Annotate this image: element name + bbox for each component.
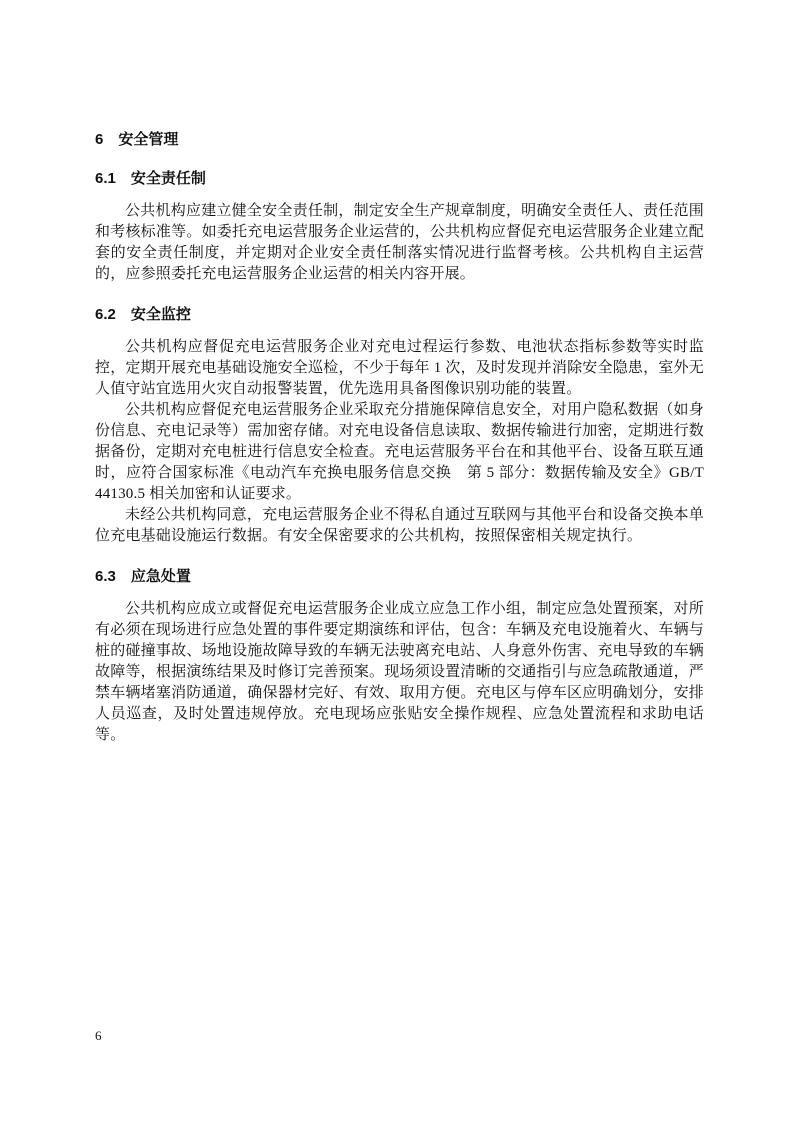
chapter-heading: 6安全管理 <box>95 131 704 149</box>
paragraph-6-3-1: 公共机构应成立或督促充电运营服务企业成立应急工作小组，制定应急处置预案，对所有必… <box>95 599 704 746</box>
paragraph-6-1-1: 公共机构应建立健全安全责任制，制定安全生产规章制度，明确安全责任人、责任范围和考… <box>95 201 704 285</box>
document-content: 6安全管理 6.1安全责任制 公共机构应建立健全安全责任制，制定安全生产规章制度… <box>95 131 704 746</box>
paragraph-6-2-2: 公共机构应督促充电运营服务企业采取充分措施保障信息安全，对用户隐私数据（如身份信… <box>95 400 704 505</box>
section-number-6-3: 6.3 <box>95 568 116 586</box>
section-heading-6-2: 6.2安全监控 <box>95 306 704 324</box>
paragraph-6-2-3: 未经公共机构同意，充电运营服务企业不得私自通过互联网与其他平台和设备交换本单位充… <box>95 505 704 547</box>
section-number-6-2: 6.2 <box>95 306 116 324</box>
section-number-6-1: 6.1 <box>95 170 116 188</box>
page-number: 6 <box>95 1028 102 1044</box>
section-heading-6-3: 6.3应急处置 <box>95 568 704 586</box>
section-title-6-2: 安全监控 <box>131 306 191 323</box>
section-title-6-3: 应急处置 <box>131 568 191 585</box>
paragraph-6-2-1: 公共机构应督促充电运营服务企业对充电过程运行参数、电池状态指标参数等实时监控，定… <box>95 337 704 400</box>
chapter-number: 6 <box>95 131 103 149</box>
section-heading-6-1: 6.1安全责任制 <box>95 170 704 188</box>
chapter-title: 安全管理 <box>118 131 178 148</box>
document-page: 6安全管理 6.1安全责任制 公共机构应建立健全安全责任制，制定安全生产规章制度… <box>0 0 793 1122</box>
section-title-6-1: 安全责任制 <box>131 170 206 187</box>
